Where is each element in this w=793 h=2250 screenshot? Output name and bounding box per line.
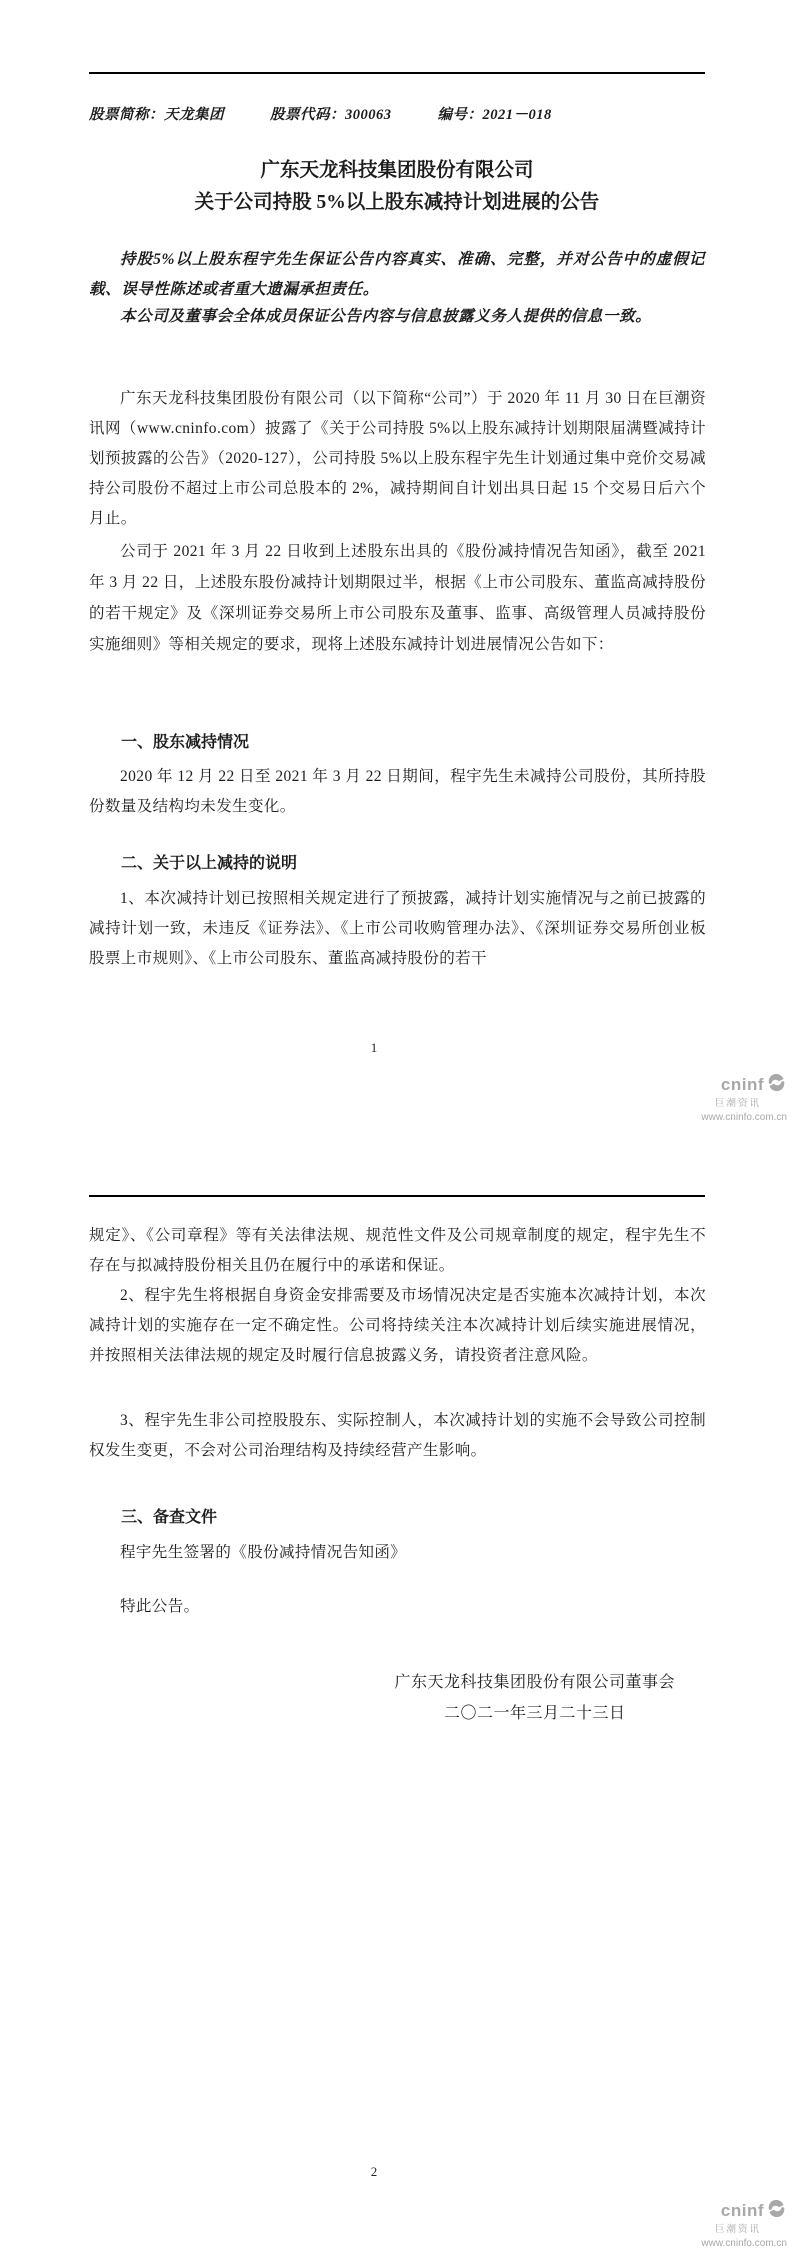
section2-item1-part: 1、本次减持计划已按照相关规定进行了预披露，减持计划实施情况与之前已披露的减持计…: [89, 884, 706, 974]
cninfo-cn-name: 巨潮资讯: [701, 2225, 761, 2236]
page1-top-rule: [89, 72, 705, 74]
page1-stock-header: 股票简称：天龙集团 股票代码：300063 编号：2021－018: [89, 103, 705, 124]
signature-company-board: 广东天龙科技集团股份有限公司董事会: [394, 1667, 675, 1698]
section2-item1-continuation: 规定》、《公司章程》等有关法律法规、规范性文件及公司规章制度的规定，程宇先生不存…: [89, 1221, 706, 1281]
signature-date: 二〇二一年三月二十三日: [394, 1698, 675, 1729]
announcement-document: 股票简称：天龙集团 股票代码：300063 编号：2021－018 广东天龙科技…: [0, 0, 793, 2244]
cninfo-watermark-page1: cninf 巨潮资讯 www.cninfo.com.cn: [701, 1072, 787, 1124]
stock-short-name: 股票简称：天龙集团: [89, 103, 224, 124]
announcement-number: 编号：2021－018: [438, 103, 552, 124]
page2-number: 2: [89, 2164, 659, 2180]
intro-paragraph-1: 广东天龙科技集团股份有限公司（以下简称“公司”）于 2020 年 11 月 30…: [89, 384, 706, 534]
cninfo-cn-name: 巨潮资讯: [701, 1099, 761, 1110]
cninfo-swirl-icon: [766, 1072, 787, 1098]
cninfo-url: www.cninfo.com.cn: [701, 1112, 787, 1124]
page2-top-rule: [89, 1195, 705, 1197]
signature-block: 广东天龙科技集团股份有限公司董事会 二〇二一年三月二十三日: [394, 1667, 675, 1729]
cninfo-brand-text: cninf: [721, 2201, 764, 2221]
announcement-title: 关于公司持股 5%以上股东减持计划进展的公告: [89, 187, 705, 218]
section3-heading: 三、备查文件: [89, 1503, 706, 1533]
cninfo-logo-row: cninf: [701, 1072, 787, 1098]
section3-paragraph: 程宇先生签署的《股份减持情况告知函》: [89, 1538, 706, 1568]
section2-heading: 二、关于以上减持的说明: [89, 849, 706, 879]
cninfo-logo-row: cninf: [701, 2198, 787, 2224]
guarantee-statement-1: 持股5%以上股东程宇先生保证公告内容真实、准确、完整，并对公告中的虚假记载、误导…: [89, 245, 705, 305]
section1-heading: 一、股东减持情况: [89, 728, 706, 758]
guarantee-statement-2: 本公司及董事会全体成员保证公告内容与信息披露义务人提供的信息一致。: [89, 302, 705, 332]
cninfo-brand-text: cninf: [721, 1075, 764, 1095]
section2-item3: 3、程宇先生非公司控股股东、实际控制人，本次减持计划的实施不会导致公司控制权发生…: [89, 1406, 706, 1466]
cninfo-url: www.cninfo.com.cn: [701, 2238, 787, 2250]
section1-paragraph: 2020 年 12 月 22 日至 2021 年 3 月 22 日期间，程宇先生…: [89, 762, 706, 822]
closing-line: 特此公告。: [89, 1592, 706, 1622]
section2-item2: 2、程宇先生将根据自身资金安排需要及市场情况决定是否实施本次减持计划，本次减持计…: [89, 1281, 706, 1371]
page1-number: 1: [89, 1040, 659, 1056]
cninfo-watermark-page2: cninf 巨潮资讯 www.cninfo.com.cn: [701, 2198, 787, 2250]
cninfo-swirl-icon: [766, 2198, 787, 2224]
stock-code: 股票代码：300063: [270, 103, 392, 124]
intro-paragraph-2: 公司于 2021 年 3 月 22 日收到上述股东出具的《股份减持情况告知函》，…: [89, 536, 706, 660]
company-title: 广东天龙科技集团股份有限公司: [89, 155, 705, 186]
